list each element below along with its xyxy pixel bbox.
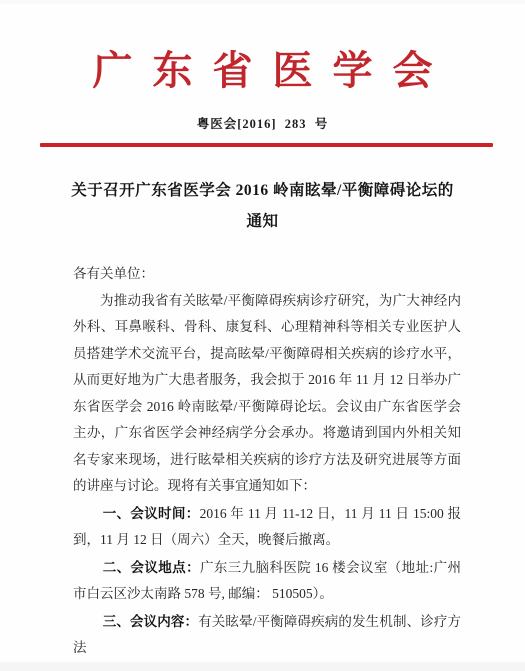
document-page: 广东省医学会 粤医会[2016] 283 号 关于召开广东省医学会 2016 岭… — [0, 0, 525, 671]
red-divider-rule — [40, 143, 493, 147]
salutation: 各有关单位： — [73, 261, 461, 288]
org-name-header: 广东省医学会 — [0, 0, 525, 92]
section-meeting-location-label: 二、会议地点： — [103, 560, 200, 575]
section-meeting-time: 一、会议时间：2016 年 11 月 11-12 日，11 月 11 日 15:… — [73, 501, 461, 554]
section-meeting-content-label: 三、会议内容： — [103, 614, 198, 629]
section-meeting-time-label: 一、会议时间： — [103, 506, 200, 521]
notice-title: 关于召开广东省医学会 2016 岭南眩晕/平衡障碍论坛的 通知 — [0, 175, 525, 237]
scan-artifact-bottom — [0, 662, 525, 671]
section-meeting-location: 二、会议地点：广东三九脑科医院 16 楼会议室（地址:广州市白云区沙太南路 57… — [73, 555, 461, 608]
intro-paragraph: 为推动我省有关眩晕/平衡障碍疾病诊疗研究，为广大神经内外科、耳鼻喉科、骨科、康复… — [73, 288, 461, 500]
section-meeting-content: 三、会议内容：有关眩晕/平衡障碍疾病的发生机制、诊疗方法 — [73, 609, 461, 662]
scan-artifact-top — [0, 0, 525, 4]
doc-number: 粤医会[2016] 283 号 — [0, 114, 525, 132]
notice-title-line2: 通知 — [0, 206, 525, 237]
document-body: 各有关单位： 为推动我省有关眩晕/平衡障碍疾病诊疗研究，为广大神经内外科、耳鼻喉… — [0, 261, 525, 662]
notice-title-line1: 关于召开广东省医学会 2016 岭南眩晕/平衡障碍论坛的 — [0, 175, 525, 206]
